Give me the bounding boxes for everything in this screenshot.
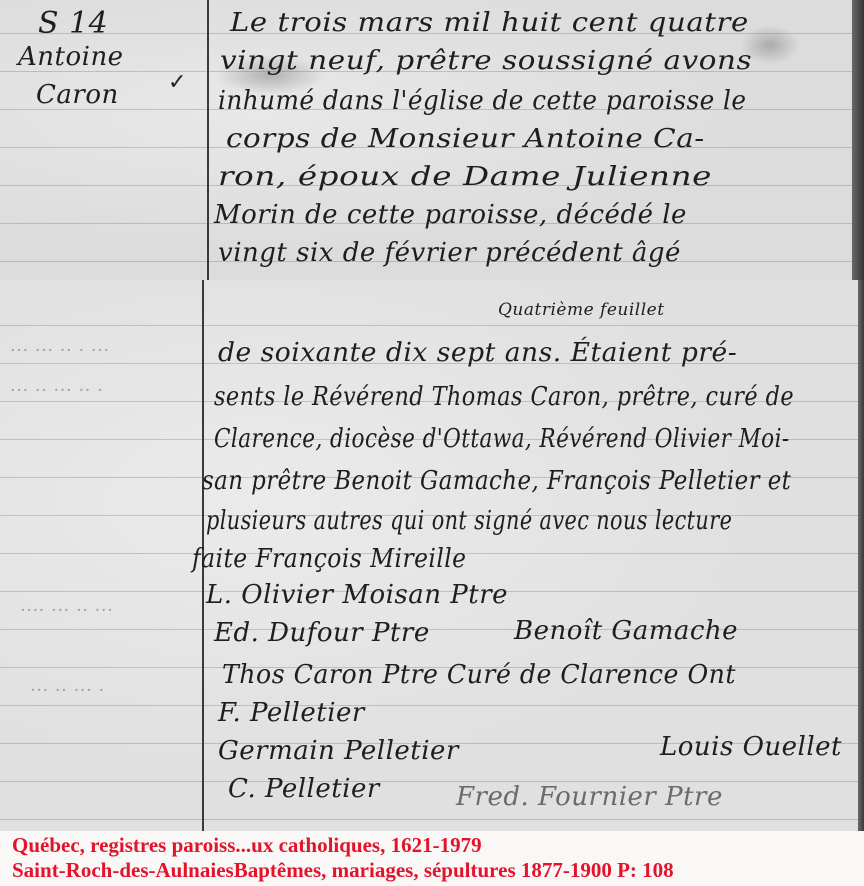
register-page-bottom-section: ··· ··· ·· · ··· ··· ·· ··· ·· · ···· ··… (0, 280, 864, 831)
record-text-line: inhumé dans l'église de cette paroisse l… (218, 86, 747, 116)
record-number: S 14 (38, 6, 108, 41)
record-text-line: ron, époux de Dame Julienne (218, 162, 712, 192)
signature: C. Pelletier (228, 774, 380, 804)
record-text-line: Clarence, diocèse d'Ottawa, Révérend Oli… (214, 424, 790, 454)
bleed-through-text: ··· ·· ··· ·· · (10, 380, 103, 401)
record-text-line: corps de Monsieur Antoine Ca- (226, 124, 705, 154)
register-details: Saint-Roch-des-AulnaiesBaptêmes, mariage… (12, 858, 864, 883)
signature: Ed. Dufour Ptre (214, 618, 430, 648)
source-caption: Québec, registres paroiss...ux catholiqu… (0, 831, 864, 886)
record-text-line: Le trois mars mil huit cent quatre (230, 8, 749, 38)
signature: Thos Caron Ptre Curé de Clarence Ont (222, 660, 736, 690)
check-mark-icon: ✓ (168, 70, 186, 95)
collection-title: Québec, registres paroiss...ux catholiqu… (12, 833, 864, 858)
record-text-line: Morin de cette paroisse, décédé le (214, 200, 687, 230)
record-text-line: sents le Révérend Thomas Caron, prêtre, … (214, 382, 794, 412)
signature: Fred. Fournier Ptre (456, 782, 723, 812)
signature: F. Pelletier (218, 698, 365, 728)
bleed-through-text: ···· ··· ·· ··· (20, 600, 113, 621)
page-edge (858, 280, 864, 831)
deceased-surname: Caron (36, 80, 119, 110)
signature: Benoît Gamache (514, 616, 738, 646)
record-text-line: vingt neuf, prêtre soussigné avons (220, 46, 752, 76)
record-text-line: plusieurs autres qui ont signé avec nous… (206, 506, 732, 536)
bleed-through-text: ··· ··· ·· · ··· (10, 340, 110, 361)
record-text-line: faite François Mireille (192, 544, 466, 574)
page-edge (852, 0, 864, 280)
signature: L. Olivier Moisan Ptre (206, 580, 508, 610)
margin-rule (207, 0, 209, 280)
register-page-top-section: S 14 Antoine Caron ✓ Le trois mars mil h… (0, 0, 864, 280)
signature: Louis Ouellet (660, 732, 842, 762)
record-text-line: vingt six de février précédent âgé (218, 238, 681, 268)
signature: Germain Pelletier (218, 736, 459, 766)
record-text-line: de soixante dix sept ans. Étaient pré- (218, 338, 737, 368)
register-scan: S 14 Antoine Caron ✓ Le trois mars mil h… (0, 0, 864, 831)
sheet-note: Quatrième feuillet (498, 300, 665, 320)
record-text-line: san prêtre Benoit Gamache, François Pell… (202, 466, 791, 496)
deceased-given-name: Antoine (18, 42, 124, 72)
bleed-through-text: ··· ·· ··· · (30, 680, 105, 701)
